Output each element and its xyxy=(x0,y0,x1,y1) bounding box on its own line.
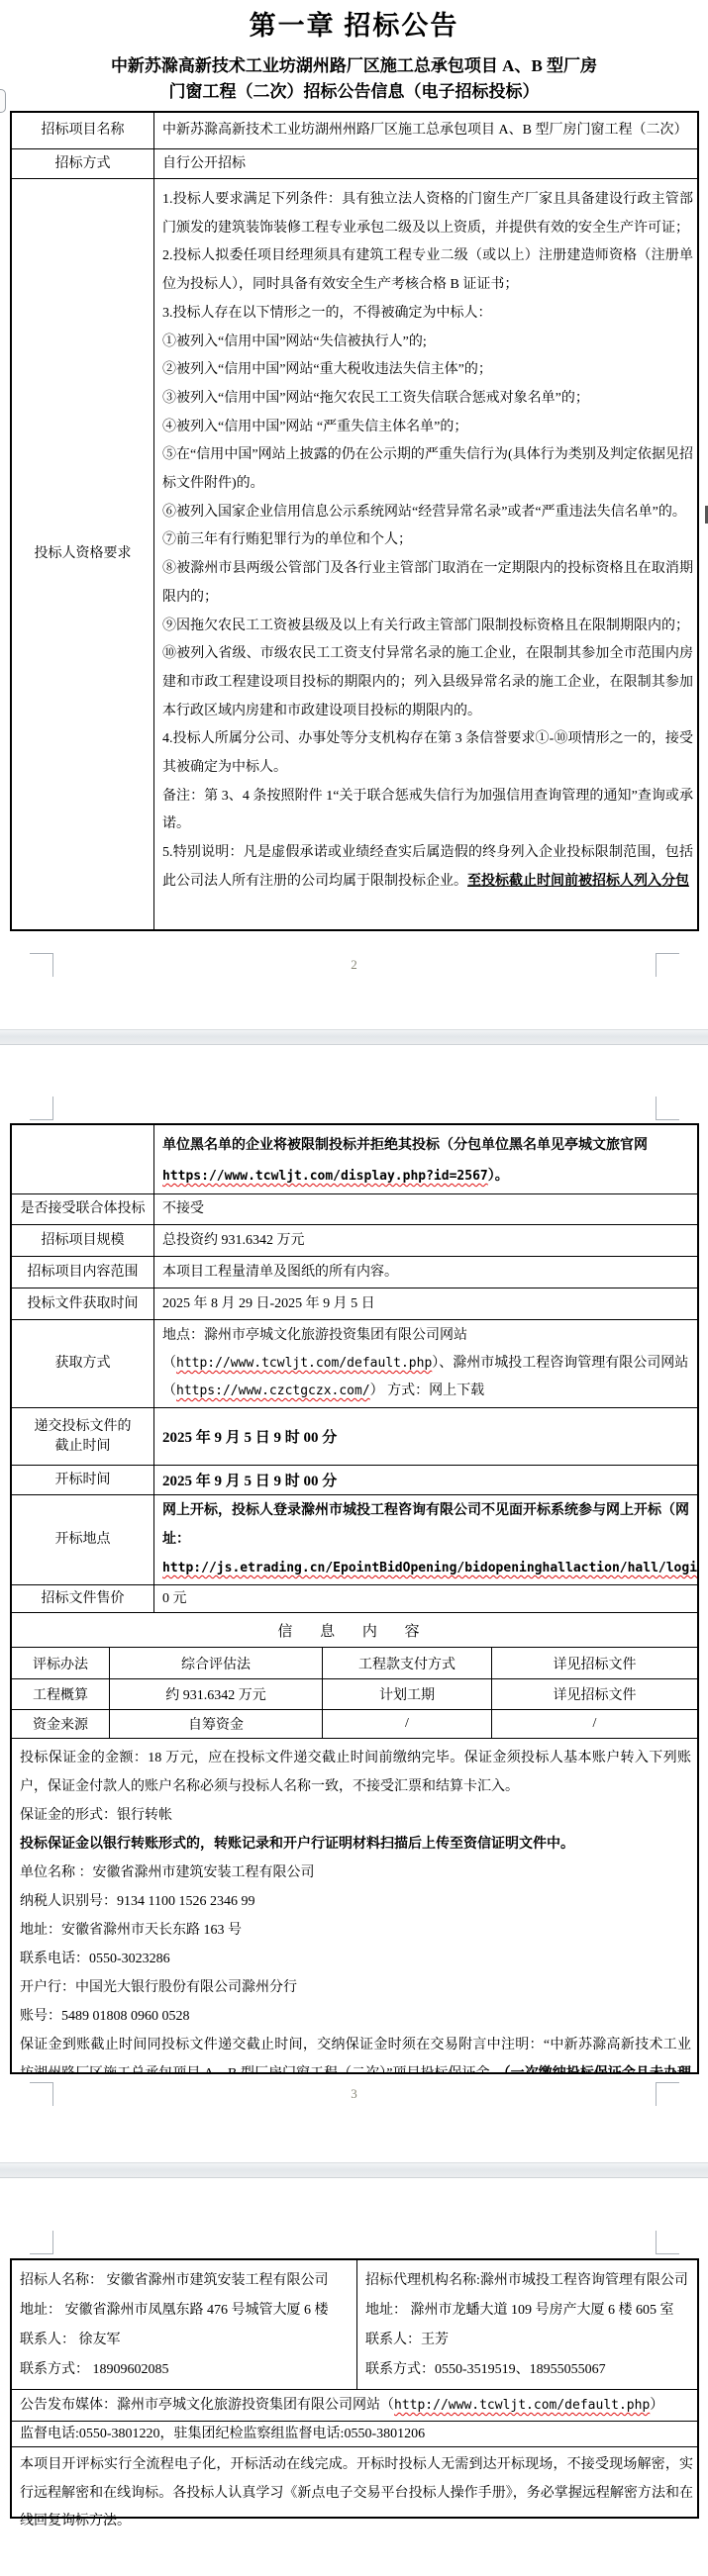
supervision-phones: 监督电话:0550-3801220，驻集团纪检监察组监督电话:0550-3801… xyxy=(12,2422,697,2446)
scale-label: 招标项目规模 xyxy=(12,1225,154,1256)
inline-url: http://www.tcwljt.com/default.php xyxy=(394,2398,650,2413)
table-row: 递交投标文件的 截止时间 2025 年 9 月 5 日 9 时 00 分 xyxy=(12,1407,697,1465)
text-line: ⑩被列入省级、市级农民工工资支付异常名录的施工企业，在限制其参加全市范围内房建和… xyxy=(162,640,693,725)
text-line: 招标代理机构名称:滁州市城投工程咨询管理有限公司 xyxy=(365,2266,693,2296)
payment-method-label: 工程款支付方式 xyxy=(323,1648,492,1678)
text-line: 单位名称 ：安徽省滁州市建筑安装工程有限公司 xyxy=(20,1859,691,1887)
text-line: ④被列入“信用中国”网站 “严重失信主体名单”的； xyxy=(162,414,693,442)
text-segment: ） xyxy=(650,2398,663,2413)
inline-url: http://www.tcwljt.com/default.php xyxy=(176,1356,432,1371)
page-corner-mark xyxy=(656,1097,679,1120)
text-line: 地址： 安徽省滁州市凤凰东路 476 号城管大厦 6 楼 xyxy=(20,2296,353,2326)
opening-time-value: 2025 年 9 月 5 日 9 时 00 分 xyxy=(162,1470,693,1490)
text-line: 4.投标人所属分公司、办事处等分支机构存在第 3 条信誉要求①-⑩项情形之一的，… xyxy=(162,725,693,782)
text-segment: 投标保证金以银行转账形式的，转账记录和开户行证明材料扫描后上传至资信证明文件中。 xyxy=(20,1837,574,1852)
tenderer-contact-block: 招标人名称： 安徽省滁州市建筑安装工程有限公司地址： 安徽省滁州市凤凰东路 47… xyxy=(12,2260,357,2389)
text-line: 开户行：中国光大银行股份有限公司滁州分行 xyxy=(20,1973,691,2002)
table-row: 公告发布媒体：滁州市亭城文化旅游投资集团有限公司网站（http://www.tc… xyxy=(12,2389,697,2421)
text-segment: 至投标截止时间前被招标人列入分包 xyxy=(467,874,689,889)
page-subtitle: 中新苏滁高新技术工业坊湖州路厂区施工总承包项目 A、B 型厂房 门窗工程（二次）… xyxy=(0,53,708,105)
table-row: 招标项目名称 中新苏滁高新技术工业坊湖州州路厂区施工总承包项目 A、B 型厂房门… xyxy=(12,113,697,148)
scope-value: 本项目工程量清单及图纸的所有内容。 xyxy=(162,1263,693,1283)
text-line: 联系方式： 18909602085 xyxy=(20,2355,353,2385)
fund-slash-1: / xyxy=(323,1710,492,1738)
table-row: 是否接受联合体投标 不接受 xyxy=(12,1193,697,1224)
table-row: 获取方式 地点：滁州市亭城文化旅游投资集团有限公司网站（http://www.t… xyxy=(12,1319,697,1407)
project-name-label: 招标项目名称 xyxy=(12,113,154,148)
fund-slash-2: / xyxy=(492,1710,697,1738)
text-line: 3.投标人存在以下情形之一的，不得被确定为中标人： xyxy=(162,300,693,329)
qualification-value: 1.投标人要求满足下列条件：具有独立法人资格的门窗生产厂家且具备建设行政主管部门… xyxy=(154,179,697,929)
page-corner-mark xyxy=(656,2231,679,2254)
text-line: ⑤在“信用中国”网站上披露的仍在公示期的严重失信行为(具体行为类别及判定依据见招… xyxy=(162,441,693,498)
text-segment: ） xyxy=(370,1383,384,1398)
table-row: 开标时间 2025 年 9 月 5 日 9 时 00 分 xyxy=(12,1465,697,1494)
text-line: 地址：安徽省滁州市天长东路 163 号 xyxy=(20,1916,691,1945)
consortium-label: 是否接受联合体投标 xyxy=(12,1194,154,1224)
text-line: ②被列入“信用中国”网站“重大税收违法失信主体”的； xyxy=(162,356,693,385)
page-separator xyxy=(0,2162,708,2178)
text-line: 招标人名称： 安徽省滁州市建筑安装工程有限公司 xyxy=(20,2266,353,2296)
text-line: 纳税人识别号：9134 1100 1526 2346 99 xyxy=(20,1887,691,1916)
text-line: 保证金到账截止时间同投标文件递交截止时间，交纳保证金时须在交易附言中注明：“中新… xyxy=(20,2031,691,2072)
scope-label: 招标项目内容范围 xyxy=(12,1257,154,1288)
table-row: 投标文件获取时间 2025 年 8 月 29 日-2025 年 9 月 5 日 xyxy=(12,1288,697,1319)
text-line: 联系人：王芳 xyxy=(365,2326,693,2355)
text-line: 投标保证金的金额：18 万元，应在投标文件递交截止时间前缴纳完毕。保证金须投标人… xyxy=(20,1744,691,1801)
opening-place-label: 开标地点 xyxy=(12,1495,154,1584)
announcement-media: 公告发布媒体：滁州市亭城文化旅游投资集团有限公司网站（http://www.tc… xyxy=(12,2390,697,2421)
obtain-way: 方式：网上下载 xyxy=(387,1383,484,1398)
page-title: 第一章 招标公告 xyxy=(0,4,708,43)
payment-method-value: 详见招标文件 xyxy=(492,1648,697,1678)
doc-price-value: 0 元 xyxy=(162,1589,693,1609)
info-row: 工程概算 约 931.6342 万元 计划工期 详见招标文件 xyxy=(12,1678,697,1709)
text-line: 投标保证金以银行转账形式的，转账记录和开户行证明材料扫描后上传至资信证明文件中。 xyxy=(20,1830,691,1859)
evaluation-method-label: 评标办法 xyxy=(12,1648,110,1678)
contacts-table-page3: 招标人名称： 安徽省滁州市建筑安装工程有限公司地址： 安徽省滁州市凤凰东路 47… xyxy=(10,2258,699,2519)
text-line: 保证金的形式：银行转帐 xyxy=(20,1801,691,1830)
tender-method-value: 自行公开招标 xyxy=(162,154,693,174)
table-row: 单位黑名单的企业将被限制投标并拒绝其投标（分包单位黑名单见亭城文旅官网 http… xyxy=(12,1125,697,1193)
text-line: ⑥被列入国家企业信用信息公示系统网站“经营异常名录”或者“严重违法失信名单”的。 xyxy=(162,499,693,527)
tender-method-label: 招标方式 xyxy=(12,149,154,178)
page-number: 3 xyxy=(0,2086,708,2102)
text-segment: 单位黑名单的企业将被限制投标并拒绝其投标（分包单位黑名单见亭城文旅官网 xyxy=(162,1138,648,1153)
evaluation-method-value: 综合评估法 xyxy=(110,1648,323,1678)
table-row: 招标项目内容范围 本项目工程量清单及图纸的所有内容。 xyxy=(12,1256,697,1288)
table-row: 监督电话:0550-3801220，驻集团纪检监察组监督电话:0550-3801… xyxy=(12,2421,697,2446)
announcement-table-page2: 单位黑名单的企业将被限制投标并拒绝其投标（分包单位黑名单见亭城文旅官网 http… xyxy=(10,1123,699,2074)
doc-obtain-time-label: 投标文件获取时间 xyxy=(12,1288,154,1319)
text-line: ⑧被滁州市县两级公管部门及各行业主管部门取消在一定期限内的投标资格且在取消期限内… xyxy=(162,555,693,612)
info-content-header: 信 息 内 容 xyxy=(12,1612,697,1647)
text-line: ⑨因拖欠农民工工资被县级及以上有关行政主管部门限制投标资格且在限制期限内的； xyxy=(162,613,693,641)
qualification-label: 投标人资格要求 xyxy=(12,179,154,929)
table-row: 开标地点 网上开标，投标人登录滁州市城投工程咨询有限公司不见面开标系统参与网上开… xyxy=(12,1494,697,1584)
consortium-value: 不接受 xyxy=(162,1199,693,1219)
table-row: 招标方式 自行公开招标 xyxy=(12,148,697,178)
doc-price-label: 招标文件售价 xyxy=(12,1585,154,1612)
page-number: 2 xyxy=(0,957,708,973)
bid-deposit-details: 投标保证金的金额：18 万元，应在投标文件递交截止时间前缴纳完毕。保证金须投标人… xyxy=(12,1738,697,2072)
text-line: 联系方式：0550-3519519、18955055067 xyxy=(365,2355,693,2385)
agency-contact-block: 招标代理机构名称:滁州市城投工程咨询管理有限公司地址： 滁州市龙蟠大道 109 … xyxy=(357,2260,697,2389)
submission-deadline-value: 2025 年 9 月 5 日 9 时 00 分 xyxy=(162,1426,693,1447)
electronic-bidding-note: 本项目开评标实行全流程电子化，开标活动在线完成。开标时投标人无需到达开标现场，不… xyxy=(12,2447,697,2538)
table-row: 招标人名称： 安徽省滁州市建筑安装工程有限公司地址： 安徽省滁州市凤凰东路 47… xyxy=(12,2260,697,2389)
announcement-table-page1: 招标项目名称 中新苏滁高新技术工业坊湖州州路厂区施工总承包项目 A、B 型厂房门… xyxy=(10,111,699,931)
inline-url: https://www.tcwljt.com/display.php?id=25… xyxy=(162,1169,488,1184)
table-row: 本项目开评标实行全流程电子化，开标活动在线完成。开标时投标人无需到达开标现场，不… xyxy=(12,2446,697,2538)
blacklist-continuation: 单位黑名单的企业将被限制投标并拒绝其投标（分包单位黑名单见亭城文旅官网 http… xyxy=(154,1125,697,1193)
inline-url: https://www.czctgczx.com/ xyxy=(176,1383,370,1398)
budget-label: 工程概算 xyxy=(12,1679,110,1709)
page-corner-mark xyxy=(30,2231,53,2254)
text-segment: 公告发布媒体：滁州市亭城文化旅游投资集团有限公司网站（ xyxy=(20,2398,394,2413)
scale-value: 总投资约 931.6342 万元 xyxy=(162,1231,693,1251)
text-line: 账号：5489 01808 0960 0528 xyxy=(20,2002,691,2031)
text-line: 地址： 滁州市龙蟠大道 109 号房产大厦 6 楼 605 室 xyxy=(365,2296,693,2326)
info-row: 评标办法 综合评估法 工程款支付方式 详见招标文件 xyxy=(12,1647,697,1678)
project-name-value: 中新苏滁高新技术工业坊湖州州路厂区施工总承包项目 A、B 型厂房门窗工程（二次） xyxy=(162,121,693,141)
doc-obtain-time-value: 2025 年 8 月 29 日-2025 年 9 月 5 日 xyxy=(162,1294,693,1314)
obtain-method-value: 地点：滁州市亭城文化旅游投资集团有限公司网站（http://www.tcwljt… xyxy=(154,1320,697,1407)
blank-label xyxy=(12,1125,154,1193)
planned-duration-label: 计划工期 xyxy=(323,1679,492,1709)
text-line: ③被列入“信用中国”网站“拖欠农民工工资失信联合惩戒对象名单”的； xyxy=(162,385,693,414)
inline-url: http://js.etrading.cn/EpointBidOpening/b… xyxy=(162,1561,697,1575)
budget-value: 约 931.6342 万元 xyxy=(110,1679,323,1709)
opening-time-label: 开标时间 xyxy=(12,1466,154,1494)
text-line: ①被列入“信用中国”网站“失信被执行人”的; xyxy=(162,329,693,357)
text-line: 1.投标人要求满足下列条件：具有独立法人资格的门窗生产厂家且具备建设行政主管部门… xyxy=(162,186,693,242)
planned-duration-value: 详见招标文件 xyxy=(492,1679,697,1709)
info-row: 资金来源 自筹资金 / / xyxy=(12,1709,697,1738)
obtain-method-label: 获取方式 xyxy=(12,1320,154,1407)
page-separator xyxy=(0,1029,708,1045)
fund-source-value: 自筹资金 xyxy=(110,1710,323,1738)
page-corner-mark xyxy=(30,1097,53,1120)
fund-source-label: 资金来源 xyxy=(12,1710,110,1738)
text-line: 5.特别说明：凡是虚假承诺或业绩经查实后属造假的终身列入企业投标限制范围，包括此… xyxy=(162,839,693,896)
table-row: 招标文件售价 0 元 xyxy=(12,1584,697,1612)
text-segment: ）。 xyxy=(488,1169,509,1184)
submission-deadline-label: 递交投标文件的 截止时间 xyxy=(12,1408,154,1465)
table-row: 投标人资格要求 1.投标人要求满足下列条件：具有独立法人资格的门窗生产厂家且具备… xyxy=(12,178,697,929)
text-line: 联系人： 徐友军 xyxy=(20,2326,353,2355)
text-line: 联系电话：0550-3023286 xyxy=(20,1945,691,1973)
text-segment: 网上开标，投标人登录滁州市城投工程咨询有限公司不见面开标系统参与网上开标（网址： xyxy=(162,1503,689,1547)
text-line: 备注：第 3、4 条按照附件 1“关于联合惩戒失信行为加强信用查询管理的通知”查… xyxy=(162,783,693,839)
text-line: ⑦前三年有行贿犯罪行为的单位和个人； xyxy=(162,526,693,555)
table-row: 招标项目规模 总投资约 931.6342 万元 xyxy=(12,1224,697,1256)
opening-place-value: 网上开标，投标人登录滁州市城投工程咨询有限公司不见面开标系统参与网上开标（网址：… xyxy=(154,1495,697,1584)
text-line: 2.投标人拟委任项目经理须具有建筑工程专业二级（或以上）注册建造师资格（注册单位… xyxy=(162,242,693,299)
